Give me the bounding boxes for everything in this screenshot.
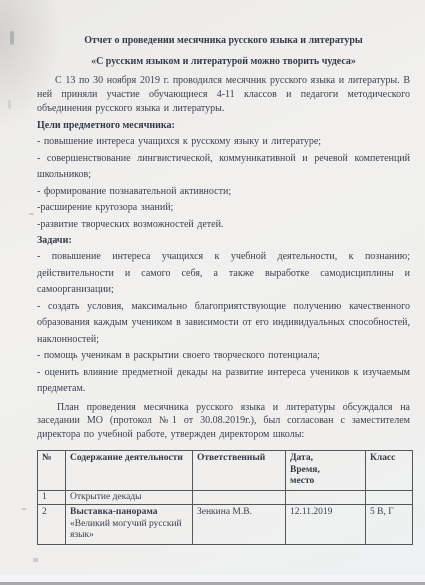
tasks-heading: Задачи: [37,233,410,249]
cell-responsible: Зенкина М.В. [193,505,286,545]
scan-artifact [33,558,38,562]
intro-paragraph: С 13 по 30 ноября 2019 г. проводился мес… [37,74,410,116]
cell-date: 12.11.2019 [286,505,366,545]
header-class: Класс [366,451,413,491]
document-content: Отчет о проведении месячника русского яз… [37,34,410,545]
task-item: - создать условия, максимально благоприя… [37,299,410,349]
plan-paragraph: План проведения месячника русского языка… [37,401,410,442]
goal-item: - повышение интереса учащихся к русскому… [37,134,410,151]
goal-item: -развитие творческих возможностей детей. [37,217,410,234]
scan-artifact [22,508,26,510]
plan-table: № Содержание деятельности Ответственный … [37,450,413,545]
header-content: Содержание деятельности [66,451,193,491]
header-date: Дата, Время, место [286,451,366,491]
goal-item: -расширение кругозора знаний; [37,200,410,217]
cell-num: 2 [38,505,66,545]
cell-date [286,490,366,505]
doc-title: Отчет о проведении месячника русского яз… [37,34,410,47]
scan-bottom-band [0,575,425,582]
cell-content: Открытие декады [66,490,193,505]
doc-subtitle: «С русским языком и литературой можно тв… [37,55,410,68]
goal-item: - формирование познавательной активности… [37,184,410,201]
activity-subtitle: «Великий могучий русский язык» [70,519,188,542]
task-item: - помощь ученикам в раскрытии своего тво… [37,348,410,365]
scan-artifact [29,213,34,215]
cell-content: Выставка-панорама «Великий могучий русск… [66,505,193,545]
table-row: 2 Выставка-панорама «Великий могучий рус… [38,505,413,545]
cell-class: 5 В, Г [366,505,413,545]
table-row: 1 Открытие декады [38,490,413,505]
header-num: № [38,451,66,491]
table-header-row: № Содержание деятельности Ответственный … [38,451,413,491]
task-item: - повышение интереса учащихся к учебной … [37,249,410,299]
activity-title: Выставка-панорама [70,507,188,519]
goal-item: - совершенствование лингвистической, ком… [37,151,410,184]
cell-responsible [193,490,286,505]
scan-artifact [8,100,11,109]
scan-artifact [10,31,14,45]
task-item: - оценить влияние предметной декады на р… [37,365,410,398]
document-page: Отчет о проведении месячника русского яз… [0,0,425,585]
cell-num: 1 [38,490,66,505]
header-responsible: Ответственный [193,451,286,491]
cell-class [366,490,413,505]
goals-heading: Цели предметного месячника: [37,118,410,134]
